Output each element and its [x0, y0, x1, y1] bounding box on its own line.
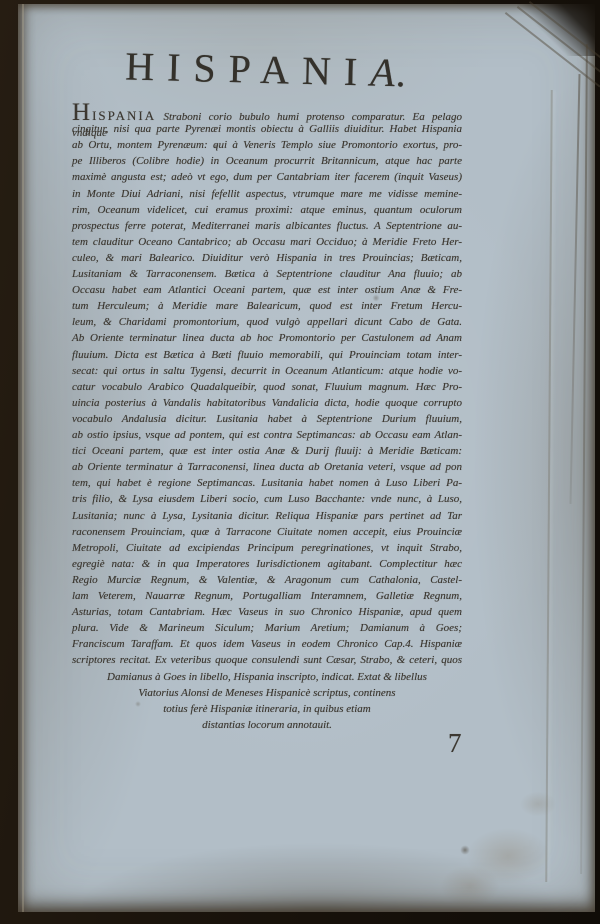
body-line: plura. Vide & Marineum Siculum; Marium A…	[72, 620, 462, 637]
body-line: culeo, & mari Balearico. Diuiditur verò …	[72, 250, 462, 267]
body-line: lam Veterem, Nauarræ Regnum, Portugallia…	[72, 588, 462, 605]
body-line: Lusitania; nunc à Lysa, Lysitania dicitu…	[72, 508, 462, 525]
body-line: Occasu habet eam Atlantici Oceani partem…	[72, 282, 462, 299]
body-text: HISPANIA Straboni corio bubulo humi prot…	[18, 4, 595, 912]
body-line: tem clauditur Oceano Cantabrico; ab Occa…	[72, 234, 462, 251]
body-line: Lusitaniam & Tarraconensem. Bætica à Sep…	[72, 266, 462, 283]
body-line: Ab Oriente terminatur linea ducta ab hoc…	[72, 330, 462, 347]
body-line: secat: qui ortus in saltu Tygensi, decur…	[72, 363, 462, 380]
body-line: Metropoli, Ciuitate ad excipiendas Princ…	[72, 540, 462, 557]
body-line: ab ostio ipsius, vsque ad pontem, qui es…	[72, 427, 462, 444]
body-line: catur vocabulo Arabico Quadalqueibir, qu…	[72, 379, 462, 396]
body-line: Regio Murciæ Regnum, & Valentiæ, & Arago…	[72, 572, 462, 589]
body-line: scriptores recitat. Ex veteribus quoque …	[72, 652, 462, 669]
body-line: fluuium. Dicta est Bætica à Bæti fluuio …	[72, 347, 462, 364]
body-line: uincia posterius à Vandalis habitatoribu…	[72, 395, 462, 412]
body-line: Damianus à Goes in libello, Hispania ins…	[72, 669, 462, 686]
body-line: ab Ortu, montem Pyrenæum: qui à Veneris …	[72, 137, 462, 154]
body-line: Franciscum Taraffam. Et quos idem Vaseus…	[72, 636, 462, 653]
body-line: tris filio, & Lysa eiusdem Liberi socio,…	[72, 491, 462, 508]
body-line: cingitur, nisi qua parte Pyrenæi montis …	[72, 121, 462, 138]
body-line: raconensem Prouinciam, quæ à Tarracone C…	[72, 524, 462, 541]
body-line: tum Herculeum; à Meridie mare Balearicum…	[72, 298, 462, 315]
body-line: rim, Oceanum videlicet, cui eramus proxi…	[72, 202, 462, 219]
body-line: vocabulo Andalusia dicitur. Lusitania ha…	[72, 411, 462, 428]
body-line: in Monte Diui Adriani, nisi fefellit asp…	[72, 186, 462, 203]
body-line: leum, & Charidami promontorium, quod vul…	[72, 314, 462, 331]
page-number: 7	[448, 728, 494, 759]
body-line: maximè angusta est; adeò vt ego, dum per…	[72, 169, 462, 186]
body-line: Asturias, totam Cantabriam. Hæc Vaseus i…	[72, 604, 462, 621]
page: HISPANIA. HISPANIA Straboni corio bubulo…	[18, 4, 595, 912]
body-line: ab Oriente terminatur à Tarraconensi, li…	[72, 459, 462, 476]
body-line: prospectus ferre poterat, Mediterranei m…	[72, 218, 462, 235]
body-line: pe Illiberos (Colibre hodie) in Oceanum …	[72, 153, 462, 170]
body-line: tici Oceani partem, quæ est inter ostia …	[72, 443, 462, 460]
book-scan: HISPANIA. HISPANIA Straboni corio bubulo…	[0, 0, 600, 924]
body-line: Viatorius Alonsi de Meneses Hispanicè sc…	[72, 685, 462, 702]
body-line: distantias locorum annotauit.	[72, 717, 462, 734]
body-line: HISPANIA Straboni corio bubulo humi prot…	[72, 105, 462, 122]
body-line: totius ferè Hispaniæ itineraria, in quib…	[72, 701, 462, 718]
body-line: egregiè nata: & in qua Imperatores Iuris…	[72, 556, 462, 573]
body-line: tem, qui habet è regione Septimancas. Lu…	[72, 475, 462, 492]
